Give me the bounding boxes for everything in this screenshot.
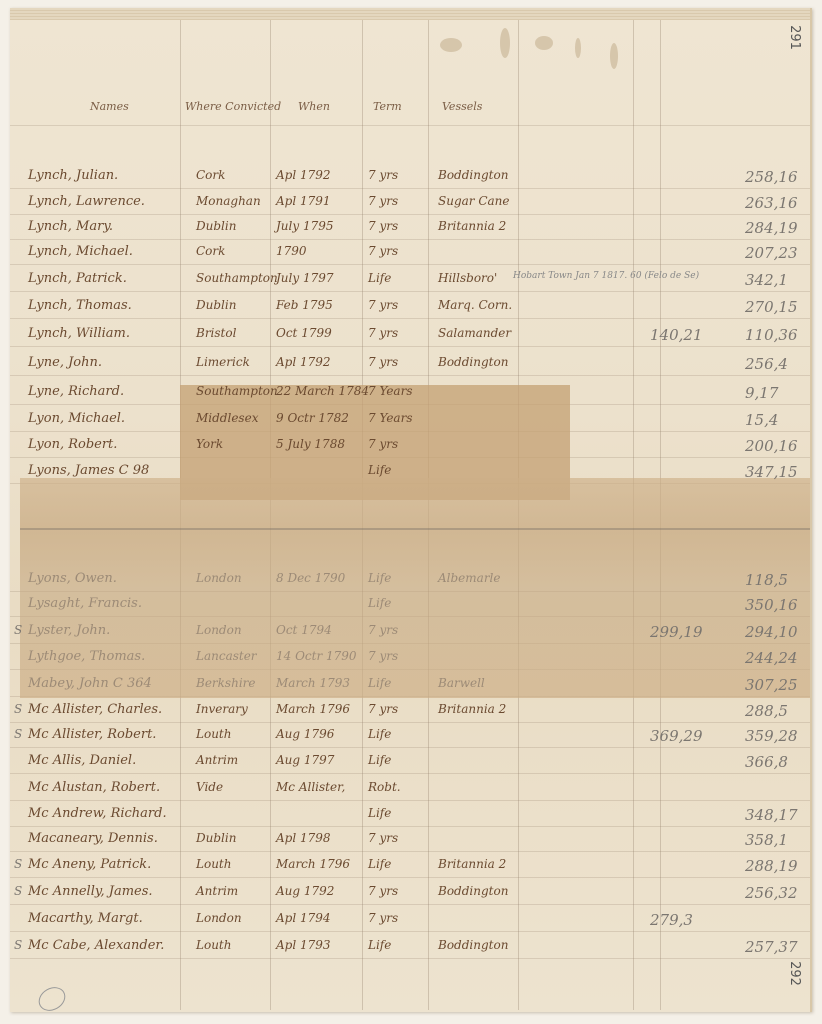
margin-mark: S bbox=[14, 857, 22, 871]
where-convicted: London bbox=[196, 623, 242, 637]
header-when: When bbox=[298, 100, 330, 113]
where-convicted: Louth bbox=[196, 727, 231, 741]
sentence-term: Life bbox=[368, 271, 391, 285]
where-convicted: Dublin bbox=[196, 219, 236, 233]
vessel-name: Boddington bbox=[438, 938, 508, 952]
vessel-name: Britannia 2 bbox=[438, 702, 506, 716]
where-convicted: Middlesex bbox=[196, 411, 258, 425]
convict-name: Lynch, Julian. bbox=[28, 168, 118, 183]
where-convicted: Dublin bbox=[196, 298, 236, 312]
sentence-term: Life bbox=[368, 753, 391, 767]
row-rule bbox=[10, 747, 810, 748]
sentence-term: Life bbox=[368, 857, 391, 871]
pencil-number-b: 270,15 bbox=[745, 298, 798, 316]
row-rule bbox=[10, 931, 810, 932]
convict-name: Lyon, Michael. bbox=[28, 411, 125, 426]
pencil-number-b: 350,16 bbox=[745, 596, 798, 614]
where-convicted: Cork bbox=[196, 168, 225, 182]
pencil-number-a: 369,29 bbox=[650, 727, 703, 745]
convict-name: Mc Alustan, Robert. bbox=[28, 780, 160, 795]
pencil-number-b: 118,5 bbox=[745, 571, 788, 589]
sentence-term: 7 Years bbox=[368, 384, 412, 398]
conviction-date: Apl 1793 bbox=[276, 938, 331, 952]
where-convicted: Limerick bbox=[196, 355, 250, 369]
pencil-number-b: 288,19 bbox=[745, 857, 798, 875]
row-rule bbox=[10, 214, 810, 215]
conviction-date: 8 Dec 1790 bbox=[276, 571, 345, 585]
sentence-term: 7 yrs bbox=[368, 194, 398, 208]
sentence-term: 7 yrs bbox=[368, 298, 398, 312]
page-number-bottom: 292 bbox=[787, 961, 802, 986]
ink-stain bbox=[440, 38, 462, 52]
ledger-page: Names Where Convicted When Term Vessels … bbox=[10, 8, 812, 1012]
pencil-number-b: 307,25 bbox=[745, 676, 798, 694]
sentence-term: Life bbox=[368, 463, 391, 477]
conviction-date: Feb 1795 bbox=[276, 298, 333, 312]
conviction-date: March 1793 bbox=[276, 676, 350, 690]
where-convicted: Antrim bbox=[196, 753, 238, 767]
convict-name: Mc Allis, Daniel. bbox=[28, 753, 136, 768]
margin-mark: S bbox=[14, 727, 22, 741]
conviction-date: Apl 1792 bbox=[276, 355, 331, 369]
row-rule bbox=[10, 773, 810, 774]
convict-name: Lynch, Thomas. bbox=[28, 298, 132, 313]
where-convicted: Dublin bbox=[196, 831, 236, 845]
convict-name: Mabey, John C 364 bbox=[28, 676, 152, 691]
convict-name: Lynch, Mary. bbox=[28, 219, 113, 234]
vessel-name: Sugar Cane bbox=[438, 194, 510, 208]
convict-name: Lythgoe, Thomas. bbox=[28, 649, 145, 664]
sentence-term: Life bbox=[368, 596, 391, 610]
pencil-number-b: 9,17 bbox=[745, 384, 778, 402]
convict-name: Lynch, Patrick. bbox=[28, 271, 127, 286]
row-rule bbox=[10, 188, 810, 189]
where-convicted: London bbox=[196, 571, 242, 585]
pencil-number-b: 257,37 bbox=[745, 938, 798, 956]
ink-stain bbox=[500, 28, 510, 58]
conviction-date: Aug 1792 bbox=[276, 884, 334, 898]
sentence-term: Life bbox=[368, 938, 391, 952]
pencil-number-b: 207,23 bbox=[745, 244, 798, 262]
sentence-term: Life bbox=[368, 676, 391, 690]
pencil-number-a: 140,21 bbox=[650, 326, 703, 344]
vessel-name: Boddington bbox=[438, 168, 508, 182]
convict-name: Mc Aneny, Patrick. bbox=[28, 857, 151, 872]
convict-name: Mc Allister, Robert. bbox=[28, 727, 156, 742]
convict-name: Mc Annelly, James. bbox=[28, 884, 153, 899]
row-rule bbox=[10, 239, 810, 240]
convict-name: Mc Andrew, Richard. bbox=[28, 806, 167, 821]
convict-name: Mc Cabe, Alexander. bbox=[28, 938, 164, 953]
row-rule bbox=[10, 904, 810, 905]
remark-note: Hobart Town Jan 7 1817. 60 (Felo de Se) bbox=[513, 271, 699, 281]
pencil-number-a: 299,19 bbox=[650, 623, 703, 641]
header-vessels: Vessels bbox=[442, 100, 482, 113]
where-convicted: Inverary bbox=[196, 702, 248, 716]
vessel-name: Albemarle bbox=[438, 571, 501, 585]
page-fold bbox=[20, 528, 810, 530]
header-rule bbox=[10, 125, 810, 126]
convict-name: Mc Allister, Charles. bbox=[28, 702, 162, 717]
pencil-number-a: 279,3 bbox=[650, 911, 693, 929]
where-convicted: York bbox=[196, 437, 223, 451]
where-convicted: Louth bbox=[196, 938, 231, 952]
margin-mark: S bbox=[14, 702, 22, 716]
sentence-term: 7 yrs bbox=[368, 168, 398, 182]
pencil-number-b: 366,8 bbox=[745, 753, 788, 771]
row-rule bbox=[10, 958, 810, 959]
where-convicted: Louth bbox=[196, 857, 231, 871]
convict-name: Lynch, William. bbox=[28, 326, 130, 341]
where-convicted: Cork bbox=[196, 244, 225, 258]
conviction-date: Apl 1794 bbox=[276, 911, 331, 925]
pencil-number-b: 342,1 bbox=[745, 271, 788, 289]
page-number-top: 291 bbox=[787, 25, 802, 50]
sentence-term: Life bbox=[368, 571, 391, 585]
sentence-term: Life bbox=[368, 806, 391, 820]
conviction-date: July 1795 bbox=[276, 219, 334, 233]
where-convicted: Bristol bbox=[196, 326, 236, 340]
row-rule bbox=[10, 800, 810, 801]
pencil-number-b: 200,16 bbox=[745, 437, 798, 455]
header-term: Term bbox=[373, 100, 402, 113]
convict-name: Lynch, Michael. bbox=[28, 244, 133, 259]
row-rule bbox=[10, 851, 810, 852]
row-rule bbox=[10, 264, 810, 265]
conviction-date: 9 Octr 1782 bbox=[276, 411, 349, 425]
sentence-term: 7 Years bbox=[368, 411, 412, 425]
vessel-name: Britannia 2 bbox=[438, 219, 506, 233]
margin-mark: S bbox=[14, 623, 22, 637]
pencil-number-b: 288,5 bbox=[745, 702, 788, 720]
pencil-oval-mark bbox=[34, 982, 69, 1015]
conviction-date: Aug 1797 bbox=[276, 753, 334, 767]
conviction-date: 22 March 1784 bbox=[276, 384, 369, 398]
ink-stain bbox=[535, 36, 553, 50]
where-convicted: Lancaster bbox=[196, 649, 257, 663]
convict-name: Lyon, Robert. bbox=[28, 437, 117, 452]
conviction-date: Oct 1799 bbox=[276, 326, 332, 340]
convict-name: Macarthy, Margt. bbox=[28, 911, 143, 926]
conviction-date: July 1797 bbox=[276, 271, 334, 285]
header-names: Names bbox=[90, 100, 129, 113]
where-convicted: London bbox=[196, 911, 242, 925]
pencil-number-b: 358,1 bbox=[745, 831, 788, 849]
vessel-name: Barwell bbox=[438, 676, 485, 690]
convict-name: Lynch, Lawrence. bbox=[28, 194, 145, 209]
where-convicted: Southampton bbox=[196, 384, 278, 398]
conviction-date: Apl 1798 bbox=[276, 831, 331, 845]
pencil-number-b: 359,28 bbox=[745, 727, 798, 745]
header-where-convicted: Where Convicted bbox=[185, 100, 281, 113]
conviction-date: Aug 1796 bbox=[276, 727, 334, 741]
sentence-term: 7 yrs bbox=[368, 623, 398, 637]
conviction-date: March 1796 bbox=[276, 702, 350, 716]
sentence-term: 7 yrs bbox=[368, 649, 398, 663]
sentence-term: Robt. bbox=[368, 780, 401, 794]
vessel-name: Marq. Corn. bbox=[438, 298, 512, 312]
convict-name: Lyons, Owen. bbox=[28, 571, 117, 586]
where-convicted: Berkshire bbox=[196, 676, 256, 690]
pencil-number-b: 15,4 bbox=[745, 411, 778, 429]
row-rule bbox=[10, 291, 810, 292]
ink-stain bbox=[610, 43, 618, 69]
where-convicted: Monaghan bbox=[196, 194, 261, 208]
vessel-name: Salamander bbox=[438, 326, 511, 340]
conviction-date: Apl 1791 bbox=[276, 194, 331, 208]
conviction-date: 14 Octr 1790 bbox=[276, 649, 357, 663]
sentence-term: 7 yrs bbox=[368, 831, 398, 845]
where-convicted: Vide bbox=[196, 780, 223, 794]
margin-mark: S bbox=[14, 884, 22, 898]
vessel-name: Hillsboro' bbox=[438, 271, 497, 285]
row-rule bbox=[10, 346, 810, 347]
sentence-term: 7 yrs bbox=[368, 702, 398, 716]
pencil-number-b: 256,4 bbox=[745, 355, 788, 373]
sentence-term: 7 yrs bbox=[368, 244, 398, 258]
row-rule bbox=[10, 722, 810, 723]
convict-name: Macaneary, Dennis. bbox=[28, 831, 158, 846]
where-convicted: Southampton bbox=[196, 271, 278, 285]
row-rule bbox=[10, 826, 810, 827]
vessel-name: Britannia 2 bbox=[438, 857, 506, 871]
vessel-name: Boddington bbox=[438, 884, 508, 898]
convict-name: Lysaght, Francis. bbox=[28, 596, 142, 611]
pencil-number-b: 347,15 bbox=[745, 463, 798, 481]
conviction-date: March 1796 bbox=[276, 857, 350, 871]
ink-stain bbox=[575, 38, 581, 58]
row-rule bbox=[10, 318, 810, 319]
pencil-number-b: 294,10 bbox=[745, 623, 798, 641]
sentence-term: 7 yrs bbox=[368, 219, 398, 233]
convict-name: Lyne, John. bbox=[28, 355, 102, 370]
sentence-term: Life bbox=[368, 727, 391, 741]
pencil-number-b: 244,24 bbox=[745, 649, 798, 667]
paper-repair-strip bbox=[20, 478, 810, 698]
where-convicted: Antrim bbox=[196, 884, 238, 898]
sentence-term: 7 yrs bbox=[368, 437, 398, 451]
pencil-number-b: 284,19 bbox=[745, 219, 798, 237]
page-top-edge bbox=[10, 8, 810, 20]
conviction-date: Oct 1794 bbox=[276, 623, 332, 637]
convict-name: Lyons, James C 98 bbox=[28, 463, 149, 478]
row-rule bbox=[10, 375, 810, 376]
conviction-date: 5 July 1788 bbox=[276, 437, 345, 451]
margin-mark: S bbox=[14, 938, 22, 952]
convict-name: Lyne, Richard. bbox=[28, 384, 124, 399]
pencil-number-b: 110,36 bbox=[745, 326, 798, 344]
vessel-name: Boddington bbox=[438, 355, 508, 369]
conviction-date: 1790 bbox=[276, 244, 307, 258]
row-rule bbox=[10, 877, 810, 878]
convict-name: Lyster, John. bbox=[28, 623, 110, 638]
pencil-number-b: 263,16 bbox=[745, 194, 798, 212]
sentence-term: 7 yrs bbox=[368, 911, 398, 925]
sentence-term: 7 yrs bbox=[368, 326, 398, 340]
conviction-date: Apl 1792 bbox=[276, 168, 331, 182]
conviction-date: Mc Allister, bbox=[276, 780, 345, 794]
sentence-term: 7 yrs bbox=[368, 355, 398, 369]
pencil-number-b: 348,17 bbox=[745, 806, 798, 824]
pencil-number-b: 256,32 bbox=[745, 884, 798, 902]
sentence-term: 7 yrs bbox=[368, 884, 398, 898]
pencil-number-b: 258,16 bbox=[745, 168, 798, 186]
